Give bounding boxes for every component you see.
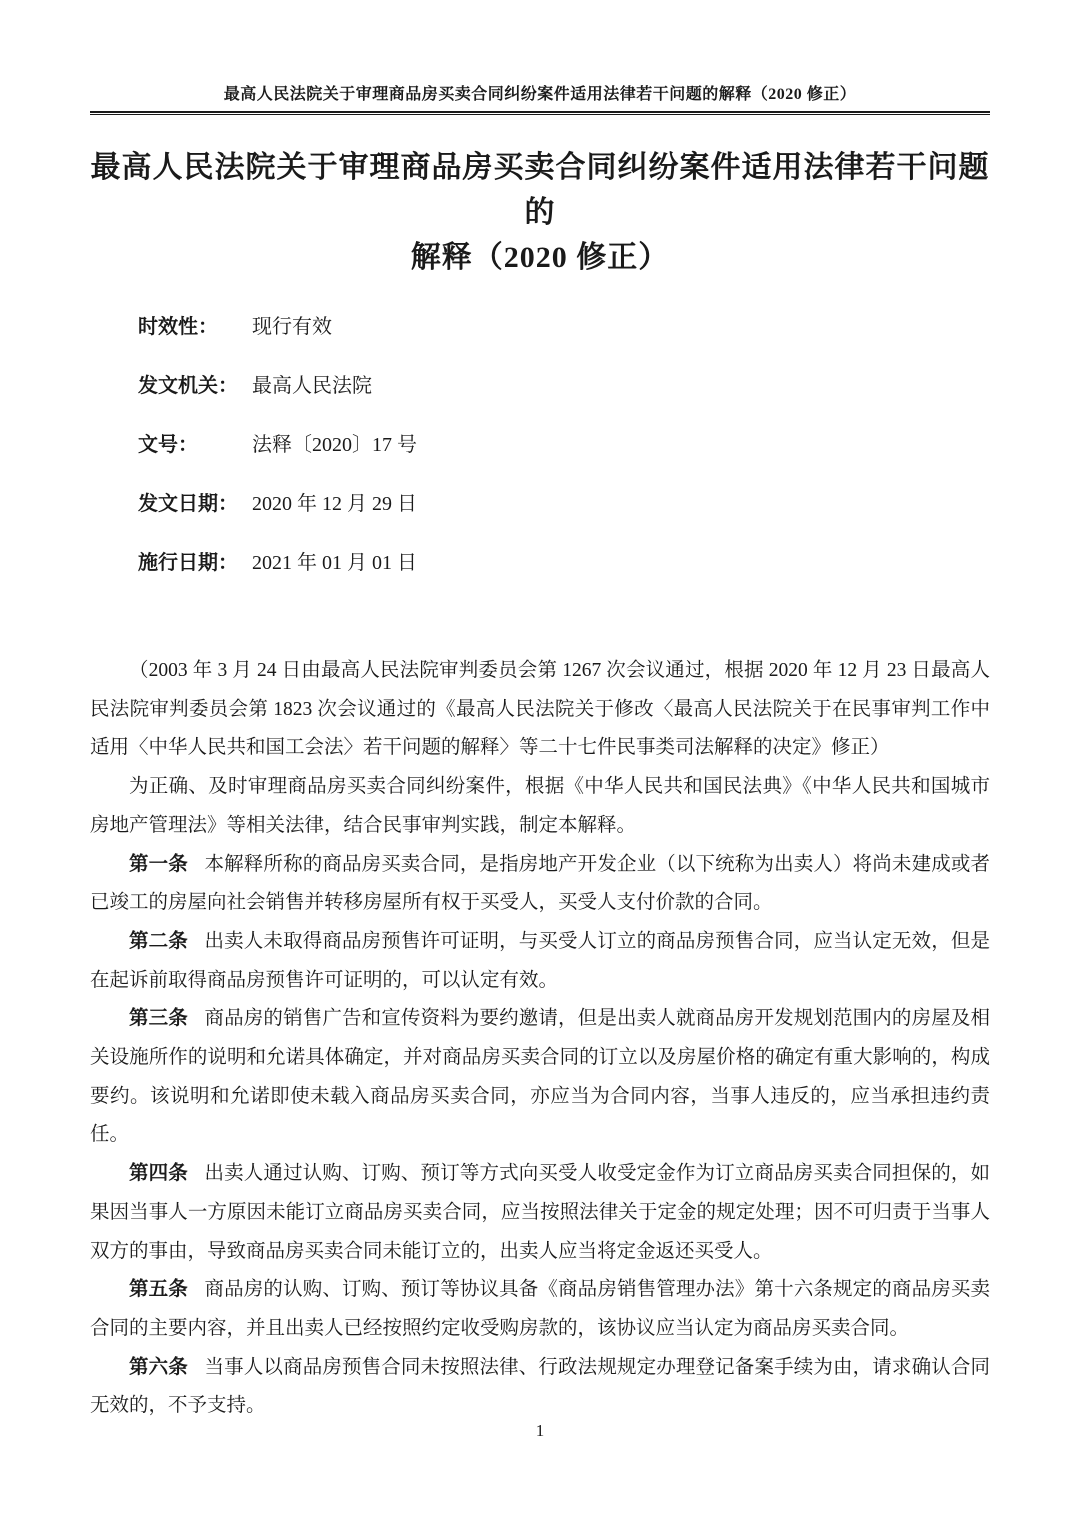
metadata-row: 发文日期：2020 年 12 月 29 日: [138, 493, 990, 515]
running-header: 最高人民法院关于审理商品房买卖合同纠纷案件适用法律若干问题的解释（2020 修正…: [90, 0, 990, 106]
body-paragraph: （2003 年 3 月 24 日由最高人民法院审判委员会第 1267 次会议通过…: [90, 652, 990, 768]
metadata-row: 施行日期：2021 年 01 月 01 日: [138, 552, 990, 574]
metadata-row: 时效性：现行有效: [138, 316, 990, 338]
article-number: 第五条: [129, 1279, 188, 1300]
metadata-label: 文号：: [138, 434, 252, 456]
body-paragraph: 第四条出卖人通过认购、订购、预订等方式向买受人收受定金作为订立商品房买卖合同担保…: [90, 1155, 990, 1271]
document-title-line2: 解释（2020 修正）: [411, 241, 670, 274]
body-paragraph: 第一条本解释所称的商品房买卖合同，是指房地产开发企业（以下统称为出卖人）将尚未建…: [90, 846, 990, 923]
body-paragraph: 第二条出卖人未取得商品房预售许可证明，与买受人订立的商品房预售合同，应当认定无效…: [90, 923, 990, 1000]
article-number: 第三条: [129, 1008, 188, 1029]
metadata-label: 发文机关：: [138, 375, 252, 397]
running-header-text: 最高人民法院关于审理商品房买卖合同纠纷案件适用法律若干问题的解释（2020 修正…: [224, 86, 857, 103]
metadata-label: 施行日期：: [138, 552, 252, 574]
body-paragraph: 为正确、及时审理商品房买卖合同纠纷案件，根据《中华人民共和国民法典》《中华人民共…: [90, 768, 990, 845]
document-body: （2003 年 3 月 24 日由最高人民法院审判委员会第 1267 次会议通过…: [90, 652, 990, 1426]
metadata-value: 最高人民法院: [252, 375, 372, 397]
article-number: 第四条: [129, 1163, 188, 1184]
body-paragraph: 第六条当事人以商品房预售合同未按照法律、行政法规规定办理登记备案手续为由，请求确…: [90, 1349, 990, 1426]
metadata-value: 现行有效: [252, 316, 332, 338]
header-divider: [90, 111, 990, 115]
document-title-line1: 最高人民法院关于审理商品房买卖合同纠纷案件适用法律若干问题的: [91, 151, 990, 229]
article-number: 第六条: [129, 1357, 188, 1378]
document-title: 最高人民法院关于审理商品房买卖合同纠纷案件适用法律若干问题的 解释（2020 修…: [90, 145, 990, 280]
metadata-value: 2020 年 12 月 29 日: [252, 493, 417, 515]
article-number: 第二条: [129, 931, 188, 952]
metadata-value: 法释〔2020〕17 号: [252, 434, 417, 456]
metadata-value: 2021 年 01 月 01 日: [252, 552, 417, 574]
metadata-label: 时效性：: [138, 316, 252, 338]
document-page: 最高人民法院关于审理商品房买卖合同纠纷案件适用法律若干问题的解释（2020 修正…: [0, 0, 1080, 1528]
metadata-list: 时效性：现行有效发文机关：最高人民法院文号：法释〔2020〕17 号发文日期：2…: [138, 316, 990, 574]
metadata-label: 发文日期：: [138, 493, 252, 515]
page-number: 1: [0, 1420, 1080, 1442]
body-paragraph: 第五条商品房的认购、订购、预订等协议具备《商品房销售管理办法》第十六条规定的商品…: [90, 1271, 990, 1348]
metadata-row: 发文机关：最高人民法院: [138, 375, 990, 397]
article-number: 第一条: [129, 854, 188, 875]
metadata-row: 文号：法释〔2020〕17 号: [138, 434, 990, 456]
body-paragraph: 第三条商品房的销售广告和宣传资料为要约邀请，但是出卖人就商品房开发规划范围内的房…: [90, 1000, 990, 1155]
